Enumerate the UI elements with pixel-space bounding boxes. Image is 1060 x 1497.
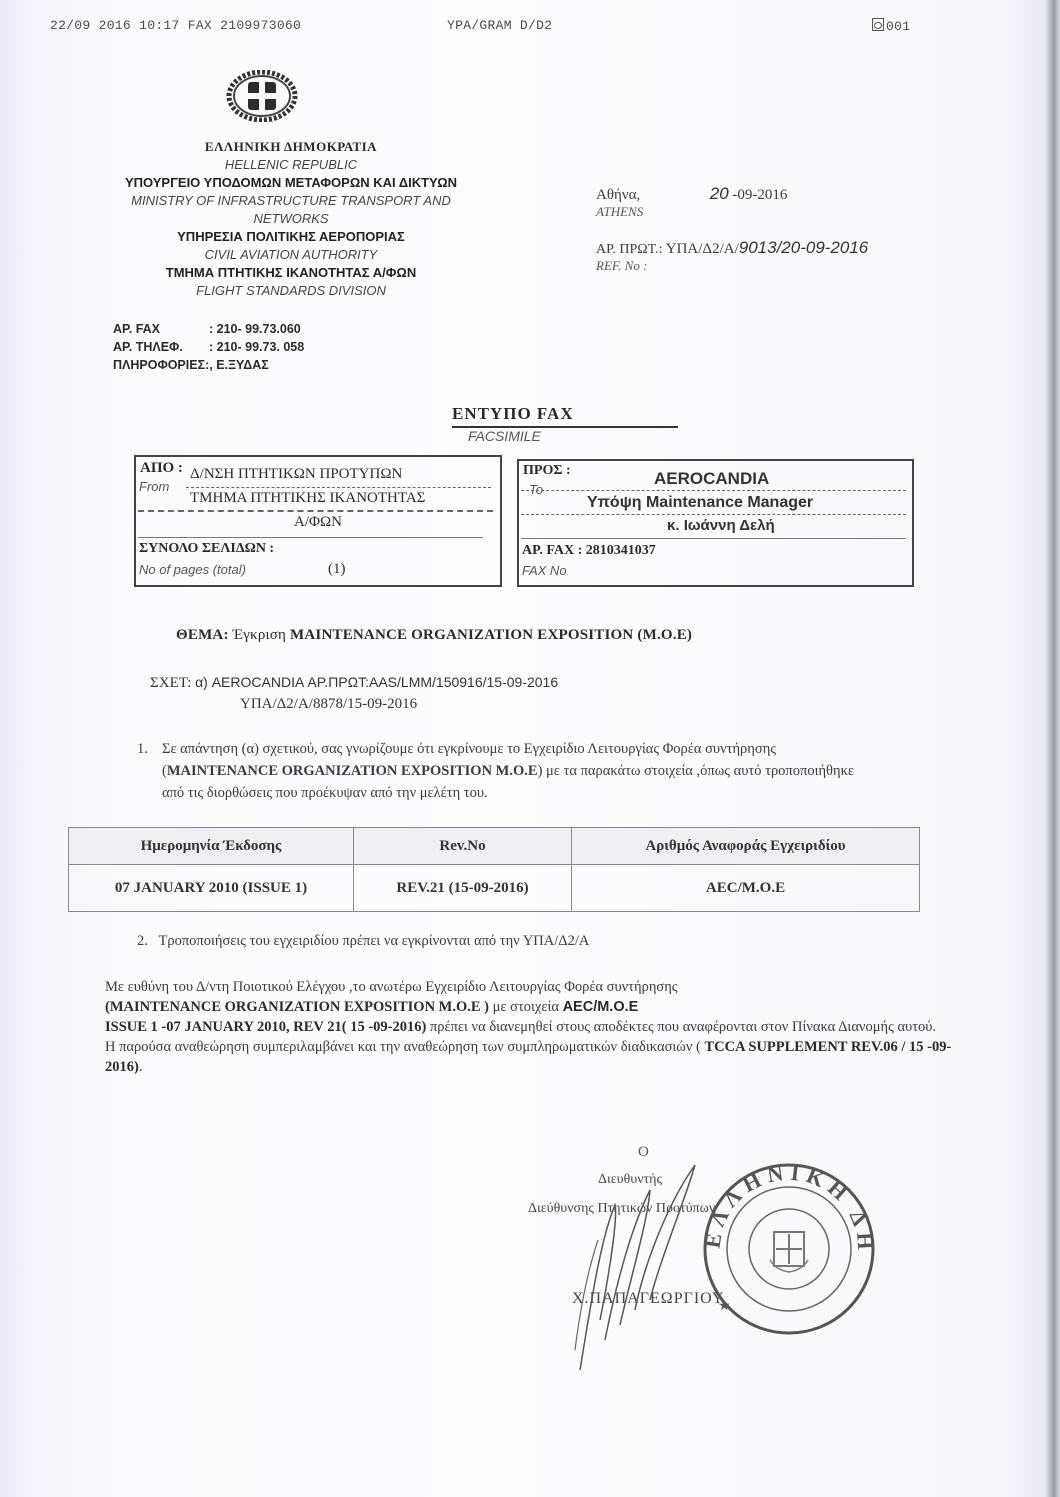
paragraph-number: 1.: [137, 738, 148, 760]
form-subtitle: FACSIMILE: [468, 428, 541, 444]
fax-value: : 210- 99.73.060: [209, 322, 301, 336]
from-line-3: Α/ΦΩΝ: [136, 514, 500, 531]
paragraph-bold: MAINTENANCE ORGANIZATION EXPOSITION M.O.…: [167, 763, 538, 779]
date-printed: -09-2016: [732, 187, 787, 203]
table-row: 07 JANUARY 2010 (ISSUE 1) REV.21 (15-09-…: [69, 865, 920, 912]
table-cell: 07 JANUARY 2010 (ISSUE 1): [69, 865, 354, 912]
form-title: ΕΝΤΥΠΟ FAX: [452, 404, 574, 424]
related-item-b: ΥΠΑ/Δ2/Α/8878/15-09-2016: [240, 694, 558, 715]
date-ref-block: Αθήνα, 20 -09-2016 ATHENS ΑΡ. ΠΡΩΤ.: ΥΠΑ…: [596, 184, 868, 274]
to-line-3: κ. Ιωάννη Δελή: [667, 517, 775, 534]
to-fax-number: ΑΡ. FAX : 2810341037: [522, 543, 656, 559]
official-stamp-icon: ΕΛΛΗΝΙΚΗ ΔΗΜΟΚΡΑΤΙΑ ★: [700, 1160, 878, 1338]
paragraph-bold: (MAINTENANCE ORGANIZATION EXPOSITION M.O…: [105, 999, 489, 1015]
letterhead-line: HELLENIC REPUBLIC: [96, 156, 486, 174]
letterhead-line: ΕΛΛΗΝΙΚΗ ΔΗΜΟΚΡΑΤΙΑ: [96, 138, 486, 156]
revision-table: Ημερομηνία Έκδοσης Rev.No Αριθμός Αναφορ…: [68, 827, 920, 912]
paragraph-text: Η παρούσα αναθεώρηση συμπεριλαμβάνει και…: [105, 1039, 704, 1055]
ref-handwritten: 9013/20-09-2016: [739, 238, 869, 257]
letterhead-line: MINISTRY OF INFRASTRUCTURE TRANSPORT AND: [96, 192, 486, 210]
subject-line: ΘΕΜΑ: Έγκριση MAINTENANCE ORGANIZATION E…: [176, 627, 692, 644]
pages-label: ΣΥΝΟΛΟ ΣΕΛΙΔΩΝ :: [139, 541, 274, 557]
paragraph-text: Τροποποιήσεις του εγχειριδίου πρέπει να …: [159, 933, 590, 949]
related-references: ΣΧΕΤ: α) AEROCANDIA ΑΡ.ΠΡΩΤ:AAS/LMM/1509…: [150, 672, 558, 715]
phone-value: : 210- 99.73. 058: [209, 340, 304, 354]
table-header: Rev.No: [354, 828, 572, 865]
fax-route: YPA/GRAM D/D2: [447, 18, 552, 33]
paragraph-1: 1. Σε απάντηση (α) σχετικού, σας γνωρίζο…: [137, 738, 877, 804]
from-line-2: ΤΜΗΜΑ ΠΤΗΤΙΚΗΣ ΙΚΑΝΟΤΗΤΑΣ: [190, 490, 425, 507]
fax-timestamp: 22/09 2016 10:17 FAX 2109973060: [50, 18, 301, 33]
ref-printed: ΥΠΑ/Δ2/Α/: [666, 241, 739, 257]
paragraph-text: .: [139, 1059, 143, 1075]
pages-label-en: No of pages (total): [139, 562, 246, 577]
paragraph-text: με στοιχεία: [489, 999, 563, 1015]
paragraph-text: Με ευθύνη του Δ/ντη Ποιοτικού Ελέγχου ,τ…: [105, 979, 678, 995]
table-header: Αριθμός Αναφοράς Εγχειριδίου: [572, 828, 920, 865]
to-label: ΠΡΟΣ :: [523, 463, 571, 479]
letterhead-line: ΥΠΗΡΕΣΙΑ ΠΟΛΙΤΙΚΗΣ ΑΕΡΟΠΟΡΙΑΣ: [96, 228, 486, 246]
paragraph-bold: ISSUE 1 -07 JANUARY 2010, REV 21( 15 -09…: [105, 1019, 426, 1035]
ref-en: REF. No :: [596, 258, 868, 274]
from-line-1: Δ/ΝΣΗ ΠΤΗΤΙΚΩΝ ΠΡΟΤΥΠΩΝ: [190, 466, 402, 483]
table-cell: AEC/M.O.E: [572, 865, 920, 912]
table-header-row: Ημερομηνία Έκδοσης Rev.No Αριθμός Αναφορ…: [69, 828, 920, 865]
phone-label: ΑΡ. ΤΗΛΕΦ.: [113, 338, 209, 356]
from-box: ΑΠΟ : From Δ/ΝΣΗ ΠΤΗΤΙΚΩΝ ΠΡΟΤΥΠΩΝ ΤΜΗΜΑ…: [134, 455, 502, 587]
to-fax-label-en: FAX No: [522, 563, 567, 578]
date-handwritten: 20: [710, 184, 729, 203]
pages-value: (1): [328, 561, 346, 578]
from-label-en: From: [139, 479, 169, 494]
letterhead-line: NETWORKS: [96, 210, 486, 228]
info-contact: ΠΛΗΡΟΦΟΡΙΕΣ:, Ε.ΞΥΔΑΣ: [113, 356, 269, 374]
subject-label: ΘΕΜΑ:: [176, 627, 229, 643]
to-line-2: Υπόψη Maintenance Manager: [587, 494, 813, 512]
signature-article: Ο: [638, 1144, 649, 1161]
place-label: Αθήνα,: [596, 187, 706, 204]
to-line-1: AEROCANDIA: [654, 469, 769, 489]
place-en: ATHENS: [596, 204, 868, 220]
letterhead-line: CIVIL AVIATION AUTHORITY: [96, 246, 486, 264]
letterhead: ΕΛΛΗΝΙΚΗ ΔΗΜΟΚΡΑΤΙΑ HELLENIC REPUBLIC ΥΠ…: [96, 138, 486, 300]
related-item-a: α) AEROCANDIA ΑΡ.ΠΡΩΤ:AAS/LMM/150916/15-…: [195, 674, 558, 690]
greek-coat-of-arms-icon: [226, 70, 298, 122]
letterhead-line: FLIGHT STANDARDS DIVISION: [96, 282, 486, 300]
table-cell: REV.21 (15-09-2016): [354, 865, 572, 912]
paragraph-2: 2. Τροποποιήσεις του εγχειριδίου πρέπει …: [137, 933, 589, 950]
letterhead-line: ΥΠΟΥΡΓΕΙΟ ΥΠΟΔΟΜΩΝ ΜΕΤΑΦΟΡΩΝ ΚΑΙ ΔΙΚΤΥΩΝ: [96, 174, 486, 192]
fax-page-number: 001: [886, 19, 910, 34]
paragraph-bold: AEC/M.O.E: [563, 999, 639, 1015]
letterhead-line: ΤΜΗΜΑ ΠΤΗΤΙΚΗΣ ΙΚΑΝΟΤΗΤΑΣ Α/ΦΩΝ: [96, 264, 486, 282]
fax-page-icon: [872, 18, 884, 31]
paragraph-3: Με ευθύνη του Δ/ντη Ποιοτικού Ελέγχου ,τ…: [105, 977, 965, 1077]
from-label: ΑΠΟ :: [140, 460, 183, 477]
handwritten-signature-icon: [560, 1160, 700, 1380]
related-label: ΣΧΕΤ:: [150, 675, 191, 691]
table-header: Ημερομηνία Έκδοσης: [69, 828, 354, 865]
paragraph-number: 2.: [137, 933, 148, 949]
fax-page-counter: 001: [872, 18, 910, 34]
to-box: ΠΡΟΣ : To AEROCANDIA Υπόψη Maintenance M…: [517, 459, 914, 587]
fax-label: ΑΡ. FAX: [113, 320, 209, 338]
paragraph-text: πρέπει να διανεμηθεί στους αποδέκτες που…: [426, 1019, 936, 1035]
subject-bold: MAINTENANCE ORGANIZATION EXPOSITION (M.O…: [290, 627, 692, 643]
ref-label: ΑΡ. ΠΡΩΤ.:: [596, 242, 663, 257]
contact-info: ΑΡ. FAX: 210- 99.73.060 ΑΡ. ΤΗΛΕΦ.: 210-…: [113, 320, 304, 374]
subject-text: Έγκριση: [233, 627, 286, 643]
svg-text:★: ★: [718, 1299, 731, 1314]
